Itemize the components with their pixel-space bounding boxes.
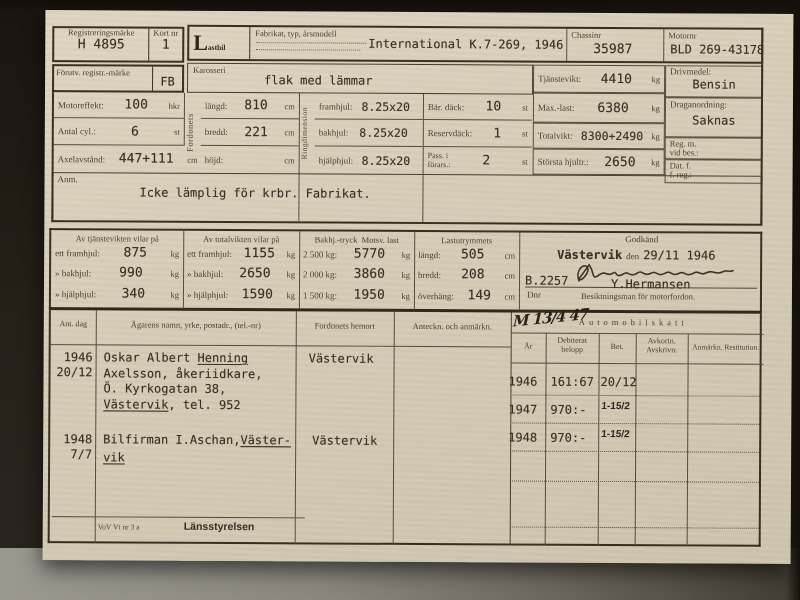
width-label: bredd: [205,127,228,137]
pressure-row-label: 2 000 kg: [303,269,337,279]
wheelbase-label: Axelavstånd: [58,154,106,164]
chassis-value: 35987 [593,42,632,57]
kerb-weight-label: Tjänstevikt: [538,74,581,84]
col-header-date: Ant. dag [51,320,96,329]
owner1-line1a: Oskar Albert [104,350,198,364]
fuel-label: Drivmedel: [670,67,758,77]
unit-kg: kg [401,290,410,300]
max-wheel-pressure-value: 2650 [589,154,652,169]
owner2-hemort: Västervik [312,433,377,447]
max-load-label: Max.-last: [538,103,575,113]
engine-power-field: Motoreffekt: 100 hkr [54,92,184,119]
tax-header-reduction-2: Avskrivn. [636,346,688,355]
rear-tyre-value: 8.25x20 [348,126,419,140]
front-tyre-field: framhjul: 8.25x20 [315,93,423,120]
load-overhang-value: 149 [454,288,505,303]
unit-kg: kg [402,249,411,259]
length-value: 810 [227,98,284,113]
load-tyres-field: Bär. däck: 10 st [424,94,532,121]
owner1-line1b: Henning [198,351,249,365]
tax-header-bottom-rule [511,362,764,364]
col-header-hemort: Fordonets hemort [296,321,394,331]
remarks-box: Anm. Icke lämplig för krbr. Fabrikat. [51,172,762,226]
kerb-distribution-title: Av tjänstevikten vilar på [51,230,183,244]
total-front-label: ett framhjul: [187,248,232,258]
tax-header-reduction: Avkortn. Avskrivn. [636,337,688,355]
approval-dnr-value: B.2257 [525,274,568,288]
reg-at-inspection-field: Reg. m. vid bes.: [665,137,763,160]
remarks-label: Anm. [58,175,78,185]
total-aux-value: 1590 [228,287,286,302]
reg-value: H 4895 [54,37,148,52]
total-rear-value: 2650 [223,266,286,281]
width-field: bredd: 221 cm [201,119,299,147]
max-load-value: 6380 [575,100,652,115]
tax-row-rule [512,526,761,528]
cylinders-unit: st [174,127,180,137]
width-unit: cm [284,127,294,137]
tax-header-remarks: Anmärkn. Restitution. [688,343,764,352]
tax-header-top-rule [511,332,764,334]
total-distribution-column: Av totalvikten vilar på ett framhjul:115… [183,231,299,310]
registration-card: Registreringsmärke H 4895 Kort nr 1 Last… [43,10,794,564]
fuel-field: Drivmedel: Bensin [665,65,763,98]
rear-tyre-field: bakhjul: 8.25x20 [315,119,423,147]
tax-header-amount: Debiterat belopp [546,337,599,355]
passengers-unit: st [522,156,528,166]
body-field: Karosseri flak med lämmar [187,63,533,95]
chassis-label: Chassinr [571,31,601,40]
body-value: flak med lämmar [264,73,372,88]
reg-field: Registreringsmärke H 4895 [54,28,149,60]
passengers-field: Pass. i förars.: 2 st [424,147,532,175]
tax-title: Automobilskatt [579,318,688,328]
max-wheel-pressure-label: Största hjultr.: [538,157,589,167]
body-label: Karosseri [193,66,226,76]
tax-column-divider [635,333,637,546]
tax-column-divider [545,333,547,546]
reg-label: Registreringsmärke [54,28,148,38]
kerb-weight-value: 4410 [581,71,652,86]
load-tyres-label: Bär. däck: [428,102,465,112]
owner1-line3: Ö. Kyrkogatan 38, [103,381,293,397]
dotted-rule [256,49,360,51]
remarks-text: Icke lämplig för krbr. Fabrikat. [139,186,370,201]
total-rear-label: » bakhjul: [187,268,223,278]
wheelbase-field: Axelavstånd: 447+111 cm [54,145,202,173]
height-field: höjd: cm [201,146,299,174]
issuing-authority: Länsstyrelsen [184,521,255,533]
previous-reg-value: FB [160,75,175,89]
tax-row3-amount: 970:- [550,431,586,445]
kerb-distribution-column: Av tjänstevikten vilar på ett framhjul:8… [51,230,183,309]
front-tyre-label: framhjul: [319,101,353,111]
length-unit: cm [285,101,295,111]
fuel-value: Bensin [670,77,758,91]
owner2-year: 1948 [52,432,92,446]
tax-header-year: År [511,342,546,351]
passengers-label-2: förars.: [428,161,451,170]
engine-field: Motornr BLD 269-43178 [664,29,761,62]
engine-label: Motornr [668,31,696,40]
tax-row-rule [512,422,761,424]
wheelbase-value: 447+111 [105,151,187,166]
card-number-field: Kort nr 1 [149,29,182,61]
owner1-hemort: Västervik [309,351,374,365]
unit-cm: cm [505,291,515,301]
approval-dnr-label: Dnr [527,291,541,301]
owner1-line4a: Västervik [103,397,168,411]
max-load-unit: kg [651,103,660,113]
make-label: Fabrikat, typ, årsmodell [255,29,336,39]
owner2-line1a: Bilfirman I.Aschan, [103,432,240,447]
spare-tyres-label: Reservdäck: [428,128,473,138]
engine-power-value: 100 [104,97,169,112]
previous-reg-box: Förutv. registr.-märke FB [52,64,184,93]
load-width-label: bredd: [418,270,441,280]
max-wheel-pressure-unit: kg [651,157,660,167]
make-value: International K.7-269, 1946 [368,37,563,52]
unit-kg: kg [402,269,411,279]
total-front-value: 1155 [232,246,287,261]
engine-power-unit: hkr [169,100,180,110]
form-number: VoV Vt nr 3 a [98,523,140,531]
rear-tyre-label: bakhjul: [319,127,349,137]
approval-title: Godkänd [519,233,764,246]
card-number-value: 1 [149,38,182,53]
total-aux-label: » hjälphjul: [187,289,228,299]
tax-row1-paid: 20/12 [600,375,636,389]
previous-reg-value-cell: FB [153,67,182,91]
reg-plate-box: Registreringsmärke H 4895 Kort nr 1 [52,26,184,63]
col-header-notes: Anteckn. och anmärkn. [394,322,511,332]
rear-pressure-column: Bakhj.-tryck Motsv. last 2 500 kg:5770kg… [299,231,414,310]
tax-row2-paid-stamp: 1-15/2 [601,401,630,412]
owner1-line2: Axelsson, åkeriidkare, [104,366,294,382]
kerb-rear-value: 990 [91,265,170,280]
total-weight-value: 8300+2490 [573,129,652,143]
cylinders-value: 6 [96,124,174,139]
vehicle-type-rest: astbil [208,43,226,52]
unit-kg: kg [287,269,296,279]
width-value: 221 [228,125,285,140]
length-field: längd: 810 cm [201,93,299,120]
kerb-aux-label: » hjälphjul: [55,289,96,299]
vehicle-type-badge: Lastbil [189,27,250,59]
towing-field: Draganordning: Saknas [665,97,763,138]
owner1-line4b: , tel. 952 [168,397,240,411]
owners-tax-table: Ant. dag Ägarens namn, yrke, postadr., (… [48,310,762,547]
card-number-label: Kort nr [149,29,182,39]
tax-row1-year: 1946 [508,374,537,388]
total-distribution-title: Av totalvikten vilar på [183,231,299,245]
unit-cm: cm [505,270,515,280]
unit-kg: kg [287,249,296,259]
max-load-field: Max.-last: 6380 kg [533,93,665,124]
height-unit: cm [284,155,294,165]
kerb-weight-field: Tjänstevikt: 4410 kg [533,65,665,94]
owner2-line2: vik [103,450,125,466]
spare-tyres-field: Reservdäck: 1 st [424,120,532,148]
pressure-row-value: 5770 [337,247,402,262]
total-weight-label: Totalvikt: [538,131,573,141]
load-tyres-value: 10 [464,99,522,114]
tax-row2-year: 1947 [508,402,537,416]
tax-row-rule [512,480,761,482]
owner1-year: 1946 [53,350,93,364]
pressure-row-label: 1 500 kg: [303,290,337,300]
unit-kg: kg [171,248,180,258]
kerb-rear-label: » bakhjul: [55,268,91,278]
towing-value: Saknas [670,110,758,127]
approval-area: Godkänd Västervik den 29/11 1946 B.2257 … [519,233,764,312]
cylinders-label: Antal cyl.: [58,126,96,136]
tax-row3-paid-stamp: 1-15/2 [601,429,630,440]
owner2-day: 7/7 [52,447,92,461]
col-header-owner: Ägarens namn, yrke, postadr., (tel.-nr) [96,320,296,330]
tax-row1-amount: 161:67 [550,375,593,389]
kerb-front-label: ett framhjul: [55,248,100,258]
previous-reg-label: Förutv. registr.-märke [56,68,150,78]
vehicle-dims-group-label: Fordonets [185,93,201,173]
footer-rule [52,516,305,518]
kerb-weight-unit: kg [652,74,661,84]
owner1-day: 20/12 [53,365,93,379]
cylinders-field: Antal cyl.: 6 st [54,118,184,146]
auxiliary-tyre-field: hjälphjul: 8.25x20 [315,146,423,174]
pressure-row-label: 2 500 kg: [303,249,337,259]
owner1-name-address: Oskar Albert Henning Axelsson, åkeriidka… [103,350,293,413]
inspector-name: Y.Hermansen [611,277,691,291]
vehicle-type-initial: L [193,30,208,55]
auxiliary-tyre-value: 8.25x20 [353,153,419,167]
inspector-role: Besiktningsman för motorfordon. [581,292,695,302]
chassis-field: Chassinr 35987 [567,29,664,62]
load-space-title: Lastutrymmets [414,232,519,246]
total-weight-field: Totalvikt: 8300+2490 kg [533,123,665,150]
load-overhang-label: överhäng: [418,290,454,300]
dotted-rule [256,42,366,44]
header-rule [51,344,511,347]
load-tyres-unit: st [522,102,528,112]
tax-header-paid: Bet. [599,343,636,352]
unit-kg: kg [171,268,180,278]
tax-header-amount-2: belopp [546,345,599,354]
spare-tyres-value: 1 [472,126,522,141]
tax-row-rule [512,394,761,396]
passengers-value: 2 [451,153,523,168]
max-wheel-pressure-field: Största hjultr.: 2650 kg [533,149,665,176]
make-field: Fabrikat, typ, årsmodell International K… [250,27,567,61]
owner2-line1b: Väster- [240,433,291,447]
height-label: höjd: [205,154,224,164]
load-space-column: Lastutrymmets längd:505cm bredd:208cm öv… [414,232,519,311]
load-length-value: 505 [441,247,505,262]
auxiliary-tyre-label: hjälphjul: [319,155,354,165]
pressure-row-value: 3860 [337,267,402,282]
tax-row2-amount: 970:- [550,403,586,417]
weight-distribution-box: Av tjänstevikten vilar på ett framhjul:8… [49,228,762,314]
tax-column-divider [598,333,600,546]
total-weight-unit: kg [651,131,660,141]
engine-power-label: Motoreffekt: [58,100,104,110]
tyre-dims-group-label: Ringdimension [300,93,315,173]
pressure-row-value: 1950 [337,288,402,303]
tax-row3-year: 1948 [508,430,537,444]
tax-column-divider [687,333,689,546]
kerb-aux-value: 340 [96,286,170,301]
unit-kg: kg [286,290,295,300]
kerb-front-value: 875 [100,245,171,260]
make-chassis-box: Lastbil Fabrikat, typ, årsmodell Interna… [187,25,763,64]
spare-tyres-unit: st [522,129,528,139]
load-length-label: längd: [418,250,441,260]
towing-label: Draganordning: [670,100,758,110]
unit-cm: cm [505,250,515,260]
engine-value: BLD 269-43178 [670,42,764,56]
front-tyre-value: 8.25x20 [352,99,419,113]
length-label: längd: [205,100,228,110]
reg-at-inspection-label-2: vid bes.: [670,149,758,159]
rear-pressure-title: Bakhj.-tryck Motsv. last [299,231,414,245]
previous-reg-field: Förutv. registr.-märke [54,66,153,91]
load-width-value: 208 [441,267,505,282]
tax-row-rule [512,450,761,452]
owner2-name-address: Bilfirman I.Aschan,Väster- vik [103,432,303,467]
unit-kg: kg [170,289,179,299]
